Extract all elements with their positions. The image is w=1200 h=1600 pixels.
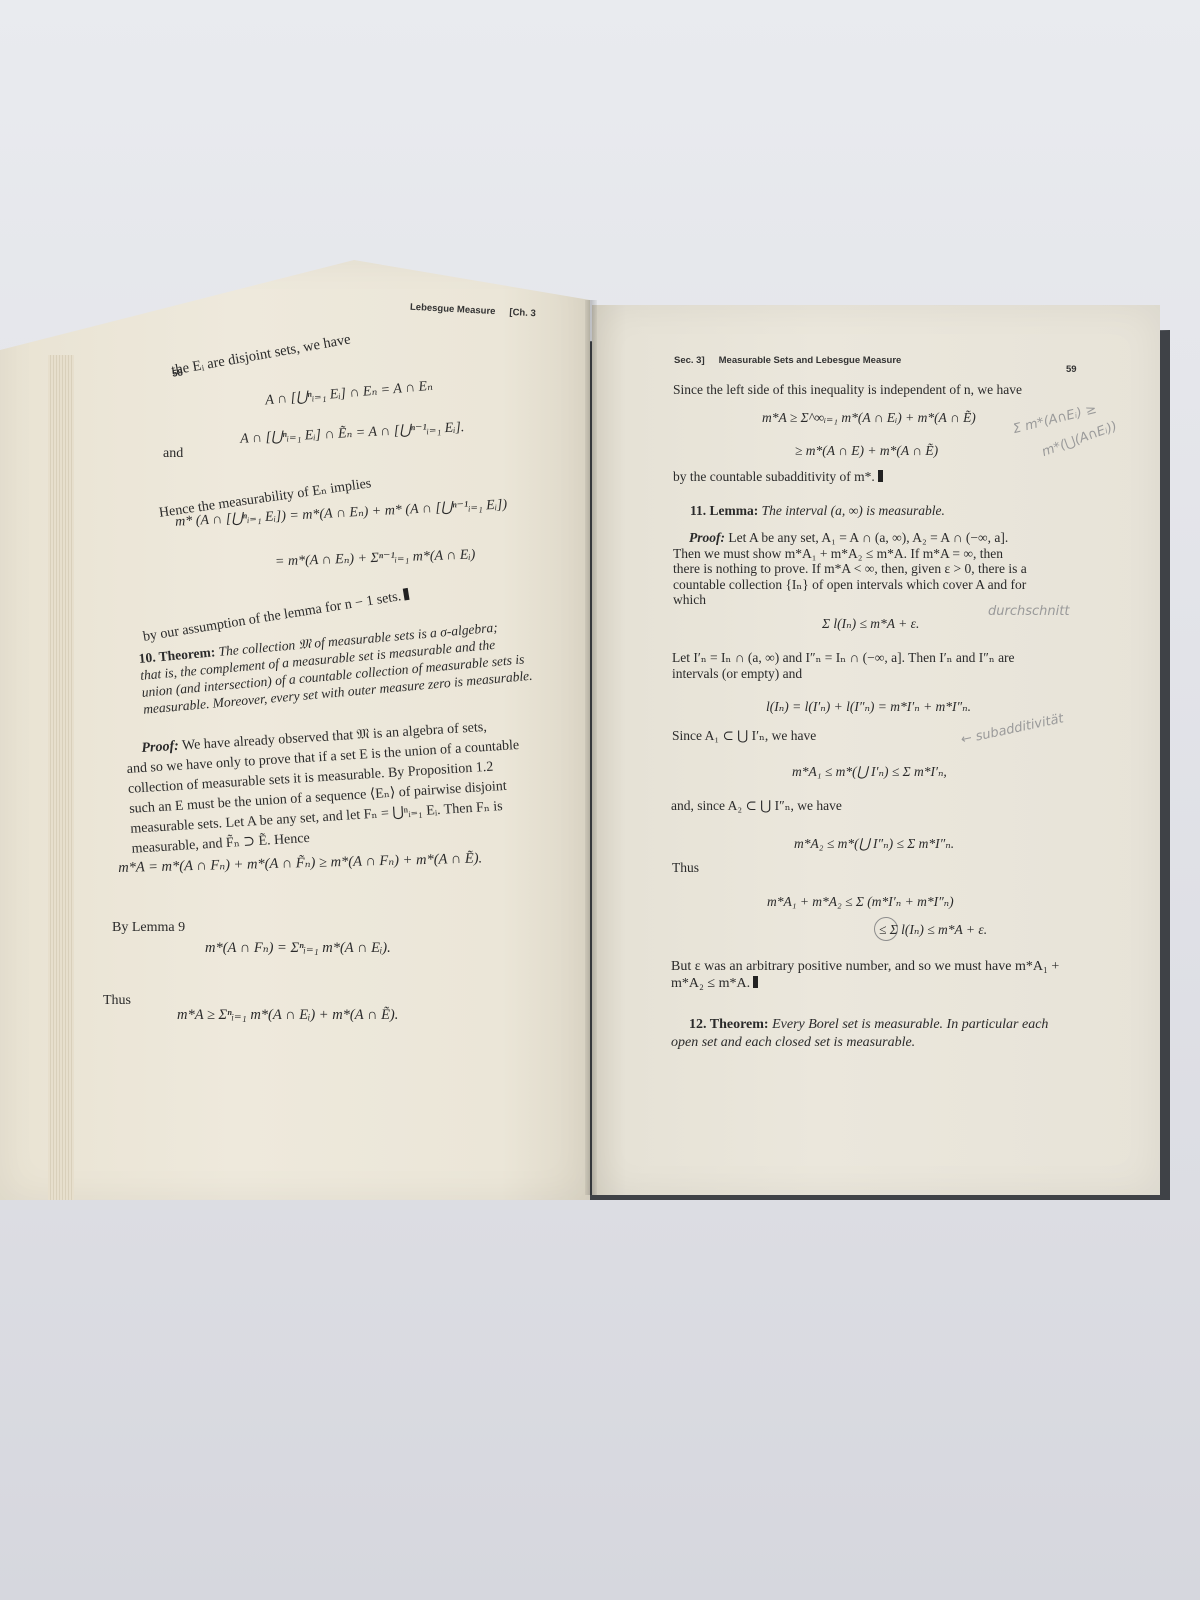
- theorem-12: 12. Theorem: Every Borel set is measurab…: [671, 1016, 1048, 1052]
- since-a1: Since A₁ ⊂ ⋃ I′ₙ, we have: [672, 728, 816, 744]
- lemma-11: 11. Lemma: The interval (a, ∞) is measur…: [690, 503, 945, 519]
- right-intro: Since the left side of this inequality i…: [673, 382, 1022, 398]
- right-eq-1: m*A ≥ Σ^∞ᵢ₌₁ m*(A ∩ Eᵢ) + m*(A ∩ Ẽ): [762, 410, 976, 426]
- right-eq-sum: Σ l(Iₙ) ≤ m*A + ε.: [822, 616, 919, 632]
- left-eq-7: m*A ≥ Σⁿᵢ₌₁ m*(A ∩ Eᵢ) + m*(A ∩ Ẽ).: [177, 1007, 398, 1024]
- running-head: Measurable Sets and Lebesgue Measure: [719, 355, 902, 366]
- book-gutter: [585, 300, 597, 1195]
- chapter-label: [Ch. 3: [509, 307, 536, 319]
- qed-mark: [878, 470, 883, 482]
- left-and: and: [163, 446, 183, 462]
- right-eq-thus-1: m*A₁ + m*A₂ ≤ Σ (m*I′ₙ + m*I″ₙ): [767, 894, 954, 910]
- right-eq-l: l(Iₙ) = l(I′ₙ) + l(I″ₙ) = m*I′ₙ + m*I″ₙ.: [766, 699, 971, 715]
- page-number-right: 59: [1066, 359, 1077, 377]
- right-eq-2: ≥ m*(A ∩ E) + m*(A ∩ Ẽ): [795, 443, 938, 459]
- running-head: Lebesgue Measure: [410, 302, 496, 317]
- page-edges: [48, 355, 74, 1200]
- right-subadditivity: by the countable subadditivity of m*.: [673, 469, 883, 485]
- since-a2: and, since A₂ ⊂ ⋃ I″ₙ, we have: [671, 798, 842, 814]
- conclusion: But ε was an arbitrary positive number, …: [671, 958, 1059, 992]
- section-label: Sec. 3]: [674, 355, 705, 366]
- left-eq-6: m*(A ∩ Fₙ) = Σⁿᵢ₌₁ m*(A ∩ Eᵢ).: [205, 940, 391, 957]
- proof-11: Proof: Let A be any set, A₁ = A ∩ (a, ∞)…: [673, 530, 1113, 608]
- left-thus: Thus: [103, 993, 131, 1009]
- right-page-header: Sec. 3] Measurable Sets and Lebesgue Mea…: [674, 350, 901, 368]
- right-eq-thus-2: ≤ Σ l(Iₙ) ≤ m*A + ε.: [879, 922, 987, 938]
- let-intervals: Let I′ₙ = Iₙ ∩ (a, ∞) and I″ₙ = Iₙ ∩ (−∞…: [672, 650, 1015, 682]
- qed-mark: [753, 976, 758, 988]
- pencil-durchschnitt: durchschnitt: [988, 604, 1069, 619]
- right-eq-a1: m*A₁ ≤ m*(⋃ I′ₙ) ≤ Σ m*I′ₙ,: [792, 764, 947, 780]
- by-lemma-9: By Lemma 9: [112, 920, 185, 936]
- right-thus: Thus: [672, 860, 699, 876]
- right-eq-a2: m*A₂ ≤ m*(⋃ I″ₙ) ≤ Σ m*I″ₙ.: [794, 836, 954, 852]
